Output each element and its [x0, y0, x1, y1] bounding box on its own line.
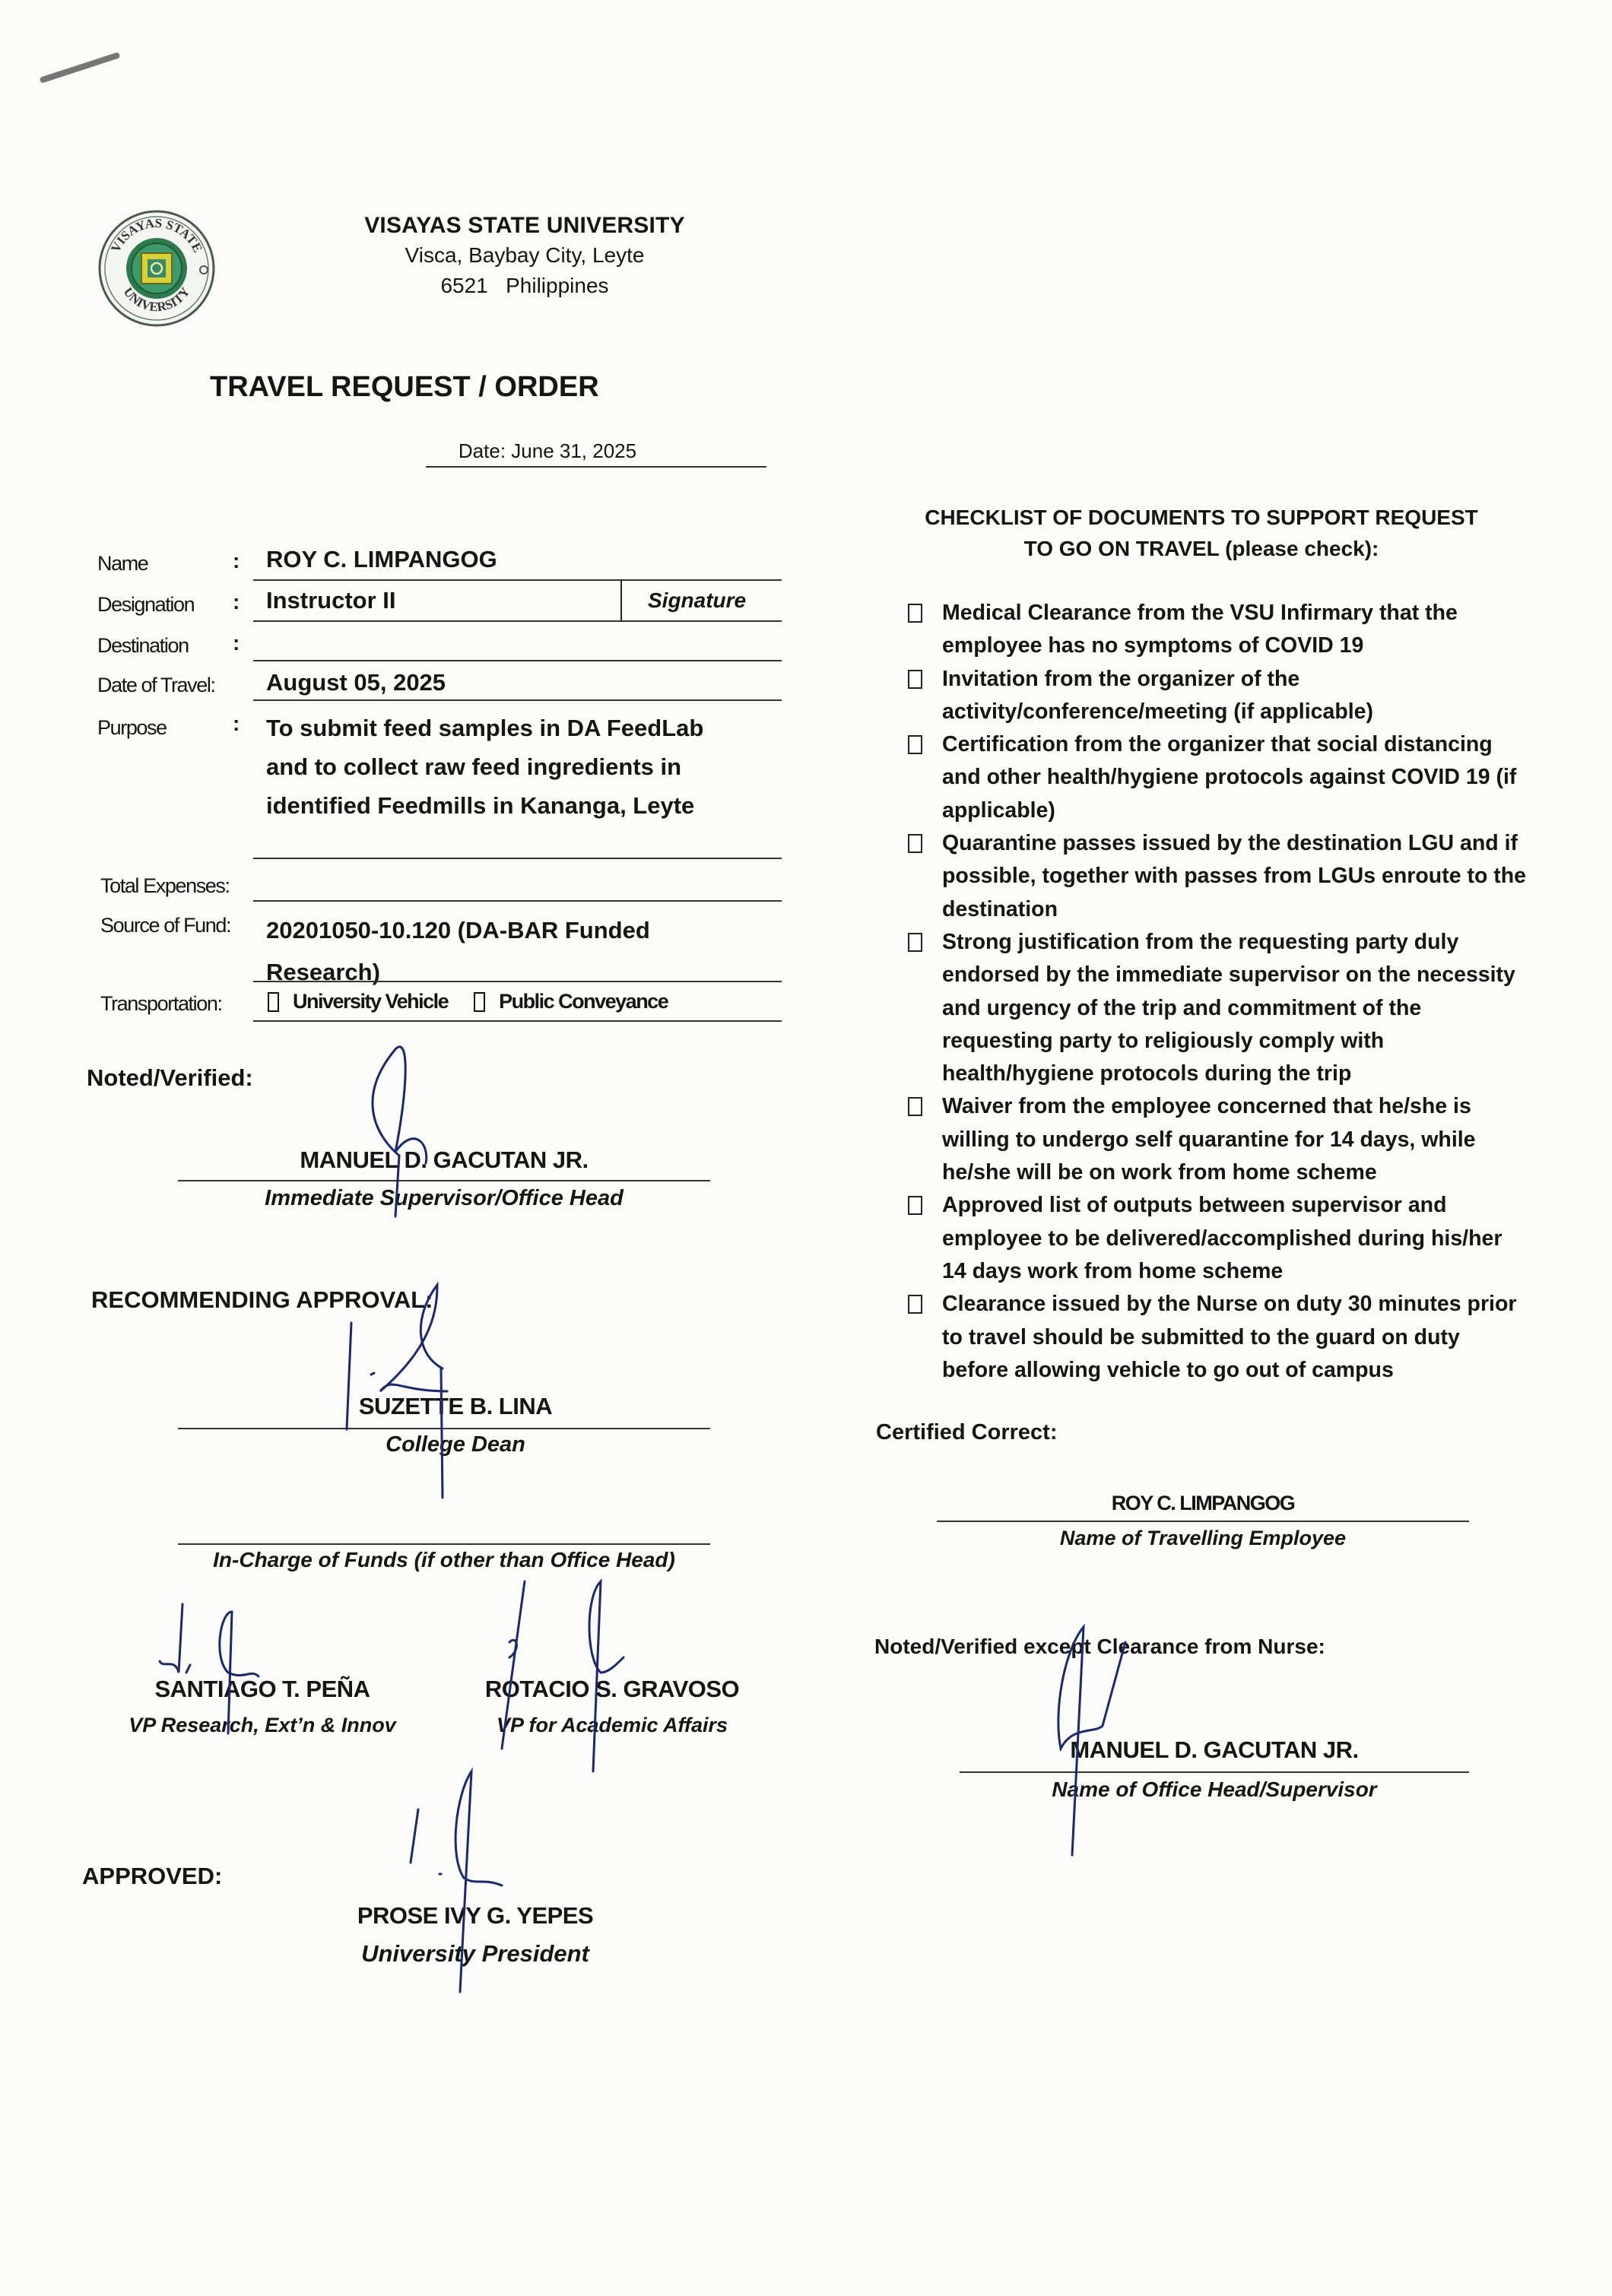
handwritten-signatures	[0, 0, 1612, 2296]
signature-dean	[347, 1285, 447, 1498]
signature-president	[411, 1771, 502, 1992]
signature-office-head	[1058, 1627, 1125, 1855]
signature-supervisor	[373, 1047, 427, 1216]
signature-vp-research	[160, 1604, 259, 1733]
signature-vp-academic	[502, 1581, 624, 1771]
